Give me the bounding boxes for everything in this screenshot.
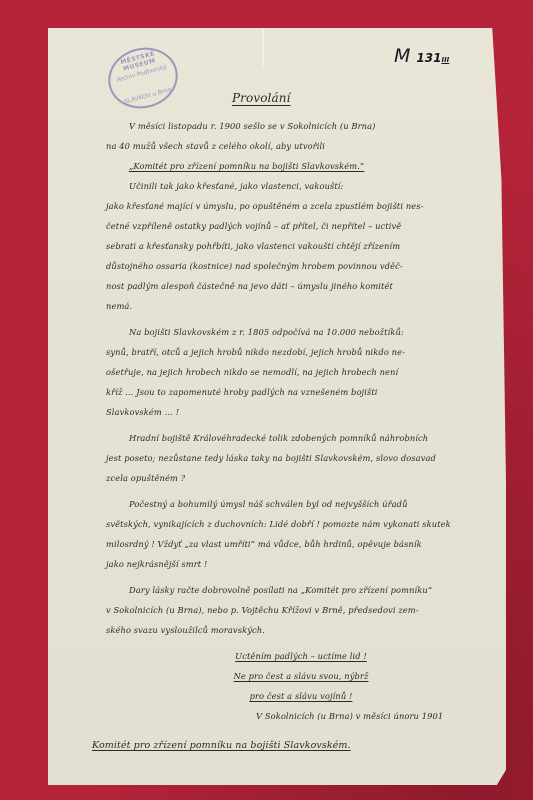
text-line: V měsíci listopadu r. 1900 sešlo se v So…	[106, 116, 496, 136]
text-line: milosrdný ! Vždyť „za vlast umříti“ má v…	[106, 534, 496, 554]
text-line: Učinili tak jako křesťané, jako vlastenc…	[106, 176, 496, 196]
text-line: na 40 mužů všech stavů z celého okolí, a…	[106, 136, 496, 156]
text-line: sebrati a křesťansky pohřbíti, jako vlas…	[106, 236, 496, 256]
text-line: jest posetо; nezůstane tedy láska taky n…	[106, 448, 496, 468]
line-text: ošetřuje, na jejich hrobech nikdo se nem…	[106, 367, 398, 377]
motto-line: Uctěním padlých – uctíme lid !	[106, 646, 496, 666]
signature: Komitét pro zřízení pomníku na bojišti S…	[92, 740, 351, 751]
line-text: důstojného ossaria (kostnice) nad společ…	[106, 261, 403, 271]
line-text: V měsíci listopadu r. 1900 sešlo se v So…	[129, 121, 376, 131]
text-line: jako nejkrásnější smrt !	[106, 554, 496, 574]
line-text: četné vzpříleně ostatky padlých vojínů –…	[106, 221, 401, 231]
paragraph: Počestný a bohumilý úmysl náš schválen b…	[106, 494, 496, 574]
line-text: Hradní bojiště Královéhradecké tolik zdo…	[129, 433, 428, 443]
text-line: Dary lásky račte dobrovolně posílati na …	[106, 580, 496, 600]
text-line: četné vzpříleně ostatky padlých vojínů –…	[106, 216, 496, 236]
text-line: Slavkovském … !	[106, 402, 496, 422]
line-text: Učinili tak jako křesťané, jako vlastenc…	[129, 181, 343, 191]
text-line: Na bojišti Slavkovském z r. 1805 odpočív…	[106, 322, 496, 342]
document-sheet: MĚSTSKÉ MUSEUM Archiv Podhorský SLAVKOV …	[48, 28, 506, 785]
text-line: ského svazu vysloužilců moravských.	[106, 620, 496, 640]
museum-stamp: MĚSTSKÉ MUSEUM Archiv Podhorský SLAVKOV …	[101, 40, 184, 116]
line-text: jako nejkrásnější smrt !	[106, 559, 207, 569]
stamp-ring-bottom: SLAVKOV u Brna	[115, 84, 181, 108]
line-text: v Sokolnicích (u Brna), nebo p. Vojtěchu…	[106, 605, 419, 615]
text-line: v Sokolnicích (u Brna), nebo p. Vojtěchu…	[106, 600, 496, 620]
text-line: ošetřuje, na jejich hrobech nikdo se nem…	[106, 362, 496, 382]
text-line: Hradní bojiště Královéhradecké tolik zdo…	[106, 428, 496, 448]
text-line: zcela opuštěném ?	[106, 468, 496, 488]
archive-number: 131	[416, 51, 441, 65]
text-line: kříž … Jsou to zapomenuté hroby padlých …	[106, 382, 496, 402]
document-title: Provolání	[232, 91, 291, 105]
text-line: Počestný a bohumilý úmysl náš schválen b…	[106, 494, 496, 514]
paragraph: V měsíci listopadu r. 1900 sešlo se v So…	[106, 116, 496, 316]
line-text: Na bojišti Slavkovském z r. 1805 odpočív…	[129, 327, 404, 337]
line-text: sebrati a křesťansky pohřbíti, jako vlas…	[106, 241, 400, 251]
text-line: „Komitét pro zřízení pomníku na bojišti …	[106, 156, 496, 176]
document-body: V měsíci listopadu r. 1900 sešlo se v So…	[106, 116, 496, 726]
line-text: Počestný a bohumilý úmysl náš schválen b…	[129, 499, 408, 509]
line-text: zcela opuštěném ?	[106, 473, 185, 483]
motto-line: pro čest a slávu vojínů !	[106, 686, 496, 706]
text-line: jako křesťané mající v úmyslu, po opuště…	[106, 196, 496, 216]
text-line: nost padlým alespoň částečně na jevo dát…	[106, 276, 496, 296]
line-text: kříž … Jsou to zapomenuté hroby padlých …	[106, 387, 378, 397]
text-line: nemá.	[106, 296, 496, 316]
line-text: na 40 mužů všech stavů z celého okolí, a…	[106, 141, 325, 151]
line-text: synů, bratří, otců a jejich hrobů nikdo …	[106, 347, 405, 357]
line-text: jako křesťané mající v úmyslu, po opuště…	[106, 201, 424, 211]
motto-line: Ne pro čest a slávu svou, nýbrž	[106, 666, 496, 686]
archive-mark: M131III	[394, 45, 449, 67]
text-line: důstojného ossaria (kostnice) nad společ…	[106, 256, 496, 276]
line-text: nemá.	[106, 301, 132, 311]
line-text: milosrdný ! Vždyť „za vlast umříti“ má v…	[106, 539, 422, 549]
line-text: Slavkovském … !	[106, 407, 179, 417]
paper-fold	[263, 28, 264, 68]
paragraph: Dary lásky račte dobrovolně posílati na …	[106, 580, 496, 640]
paragraph: Na bojišti Slavkovském z r. 1805 odpočív…	[106, 322, 496, 422]
text-line: světských, vynikajících z duchovních: Li…	[106, 514, 496, 534]
line-text: jest posetо; nezůstane tedy láska taky n…	[106, 453, 436, 463]
line-text: světských, vynikajících z duchovních: Li…	[106, 519, 451, 529]
line-text: nost padlým alespoň částečně na jevo dát…	[106, 281, 393, 291]
paragraph: Hradní bojiště Královéhradecké tolik zdo…	[106, 428, 496, 488]
archive-suffix: III	[441, 56, 449, 64]
line-text: ského svazu vysloužilců moravských.	[106, 625, 265, 635]
archive-letter: M	[394, 45, 410, 67]
line-text: Dary lásky račte dobrovolně posílati na …	[129, 585, 432, 595]
place-date: V Sokolnicích (u Brna) v měsíci únoru 19…	[106, 706, 496, 726]
line-text: „Komitét pro zřízení pomníku na bojišti …	[129, 161, 364, 171]
text-line: synů, bratří, otců a jejich hrobů nikdo …	[106, 342, 496, 362]
closing-motto: Uctěním padlých – uctíme lid !Ne pro čes…	[106, 646, 496, 706]
